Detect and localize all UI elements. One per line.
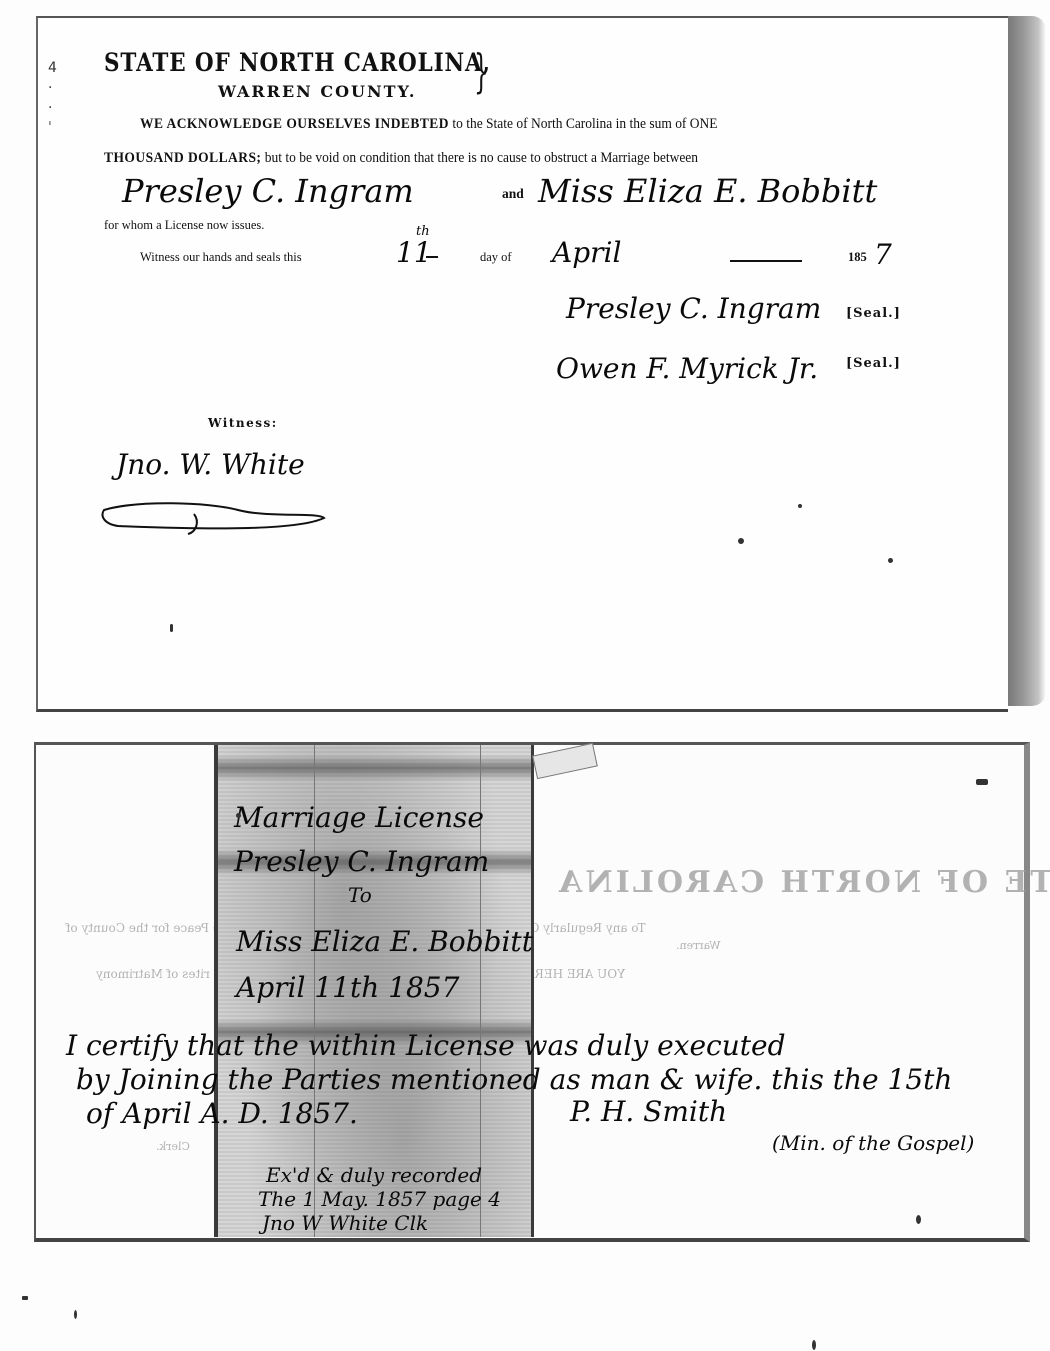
margin-marks: 4 · · ˈ [48, 58, 57, 138]
margin-mark: 4 [48, 58, 57, 78]
seal-label: [Seal.] [846, 306, 901, 321]
bride-name-handwritten: Miss Eliza E. Bobbitt [538, 172, 877, 210]
ink-speck [888, 558, 893, 563]
bond-text-line-2: THOUSAND DOLLARS; but to be void on cond… [104, 150, 698, 167]
certificate-line-3: of April A. D. 1857. [86, 1097, 358, 1130]
docket-groom: Presley C. Ingram [234, 845, 489, 878]
docket-bride: Miss Eliza E. Bobbitt [236, 925, 533, 958]
state-title: STATE OF NORTH CAROLINA, [104, 48, 491, 77]
license-issues-line: for whom a License now issues. [104, 218, 264, 233]
bond-body-text: but to be void on condition that there i… [261, 150, 698, 166]
year-printed: 185 [848, 250, 867, 265]
day-underline [426, 256, 438, 258]
marriage-license-back-page: STATE OF NORTH CAROLINA To any Regularly… [34, 742, 1030, 1242]
header-brace: } [474, 48, 489, 94]
docket-title: Marriage License [234, 801, 484, 834]
signature-flourish-icon [98, 496, 328, 540]
ink-speck [812, 1340, 816, 1350]
certificate-line-1: I certify that the within License was du… [66, 1029, 786, 1062]
ink-speck [22, 1296, 28, 1300]
signature-presley-ingram: Presley C. Ingram [566, 292, 821, 325]
bond-lead-text: THOUSAND DOLLARS; [104, 150, 261, 166]
witness-label: Witness: [208, 416, 278, 430]
ink-speck [916, 1215, 921, 1224]
minister-signature: P. H. Smith [570, 1095, 727, 1128]
torn-paper-tab [532, 743, 598, 779]
day-handwritten: 11 [396, 236, 432, 269]
docket-date: April 11th 1857 [236, 971, 459, 1004]
marriage-bond-page: 4 · · ˈ STATE OF NORTH CAROLINA, } WARRE… [36, 16, 1008, 712]
bond-body-text: to the State of North Carolina in the su… [449, 116, 718, 132]
minister-title: (Min. of the Gospel) [772, 1131, 974, 1155]
ink-speck [170, 624, 173, 632]
fold-crease [218, 755, 531, 781]
ink-speck [236, 813, 241, 818]
ink-speck [976, 779, 988, 785]
bleed-through-line-1b: Warren. [676, 939, 721, 952]
recording-line-1: Ex'd & duly recorded [266, 1163, 482, 1187]
witness-hands-line: Witness our hands and seals this [140, 250, 302, 265]
docket-to: To [348, 883, 372, 907]
scanned-document: 4 · · ˈ STATE OF NORTH CAROLINA, } WARRE… [0, 0, 1050, 1351]
witness-signature: Jno. W. White [116, 448, 305, 481]
margin-dot: ˈ [48, 118, 57, 138]
bond-lead-text: WE ACKNOWLEDGE OURSELVES INDEBTED [140, 116, 449, 132]
ink-speck [798, 504, 802, 508]
recording-line-3: Jno W White Clk [262, 1211, 428, 1235]
month-handwritten: April [552, 236, 621, 269]
day-suffix-handwritten: th [416, 224, 430, 239]
seal-label: [Seal.] [846, 356, 901, 371]
signature-owen-myrick: Owen F. Myrick Jr. [556, 352, 818, 385]
groom-name-handwritten: Presley C. Ingram [122, 172, 414, 210]
page-edge-shadow [1008, 16, 1046, 706]
day-of-label: day of [480, 250, 512, 265]
margin-dot: · [48, 78, 57, 98]
county-title: WARREN COUNTY. [218, 82, 416, 101]
ink-speck [738, 538, 744, 544]
bond-text-line-1: WE ACKNOWLEDGE OURSELVES INDEBTED to the… [140, 116, 718, 133]
margin-dot: · [48, 98, 57, 118]
year-handwritten: 7 [874, 238, 892, 271]
ink-speck [74, 1310, 77, 1319]
recording-line-2: The 1 May. 1857 page 4 [258, 1187, 501, 1211]
and-label: and [502, 186, 524, 202]
month-flourish-line [730, 260, 802, 262]
certificate-line-2: by Joining the Parties mentioned as man … [76, 1063, 952, 1096]
bleed-through-clerk: Clerk. [156, 1140, 190, 1153]
bleed-through-title: STATE OF NORTH CAROLINA [556, 865, 1050, 900]
